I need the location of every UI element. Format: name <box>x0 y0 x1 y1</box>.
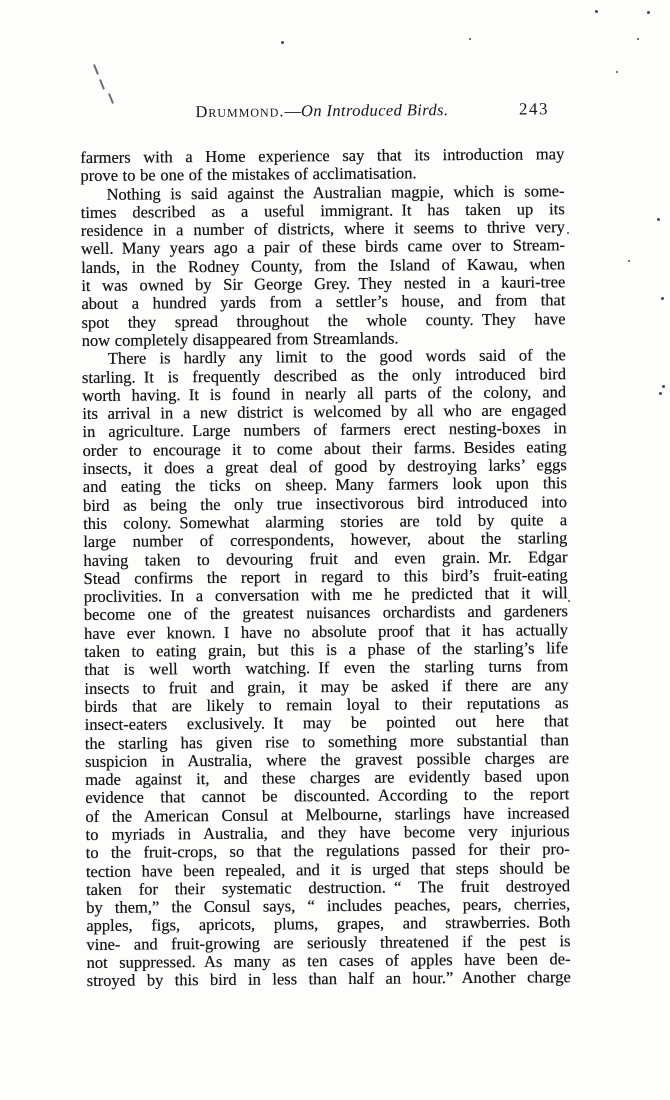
header-dash: — <box>284 101 301 120</box>
text-body: farmers with a Home experience say that … <box>80 145 571 990</box>
page-number: 243 <box>519 99 549 119</box>
page-content: Drummond.—On Introduced Birds. 243 farme… <box>0 0 670 1100</box>
running-header: Drummond.—On Introduced Birds. <box>80 99 564 123</box>
header-author: Drummond. <box>195 101 284 121</box>
text-line: stroyed by this bird in less than half a… <box>87 969 571 991</box>
scanned-page: Drummond.—On Introduced Birds. 243 farme… <box>0 0 670 1100</box>
header-article-title: On Introduced Birds. <box>301 100 449 120</box>
